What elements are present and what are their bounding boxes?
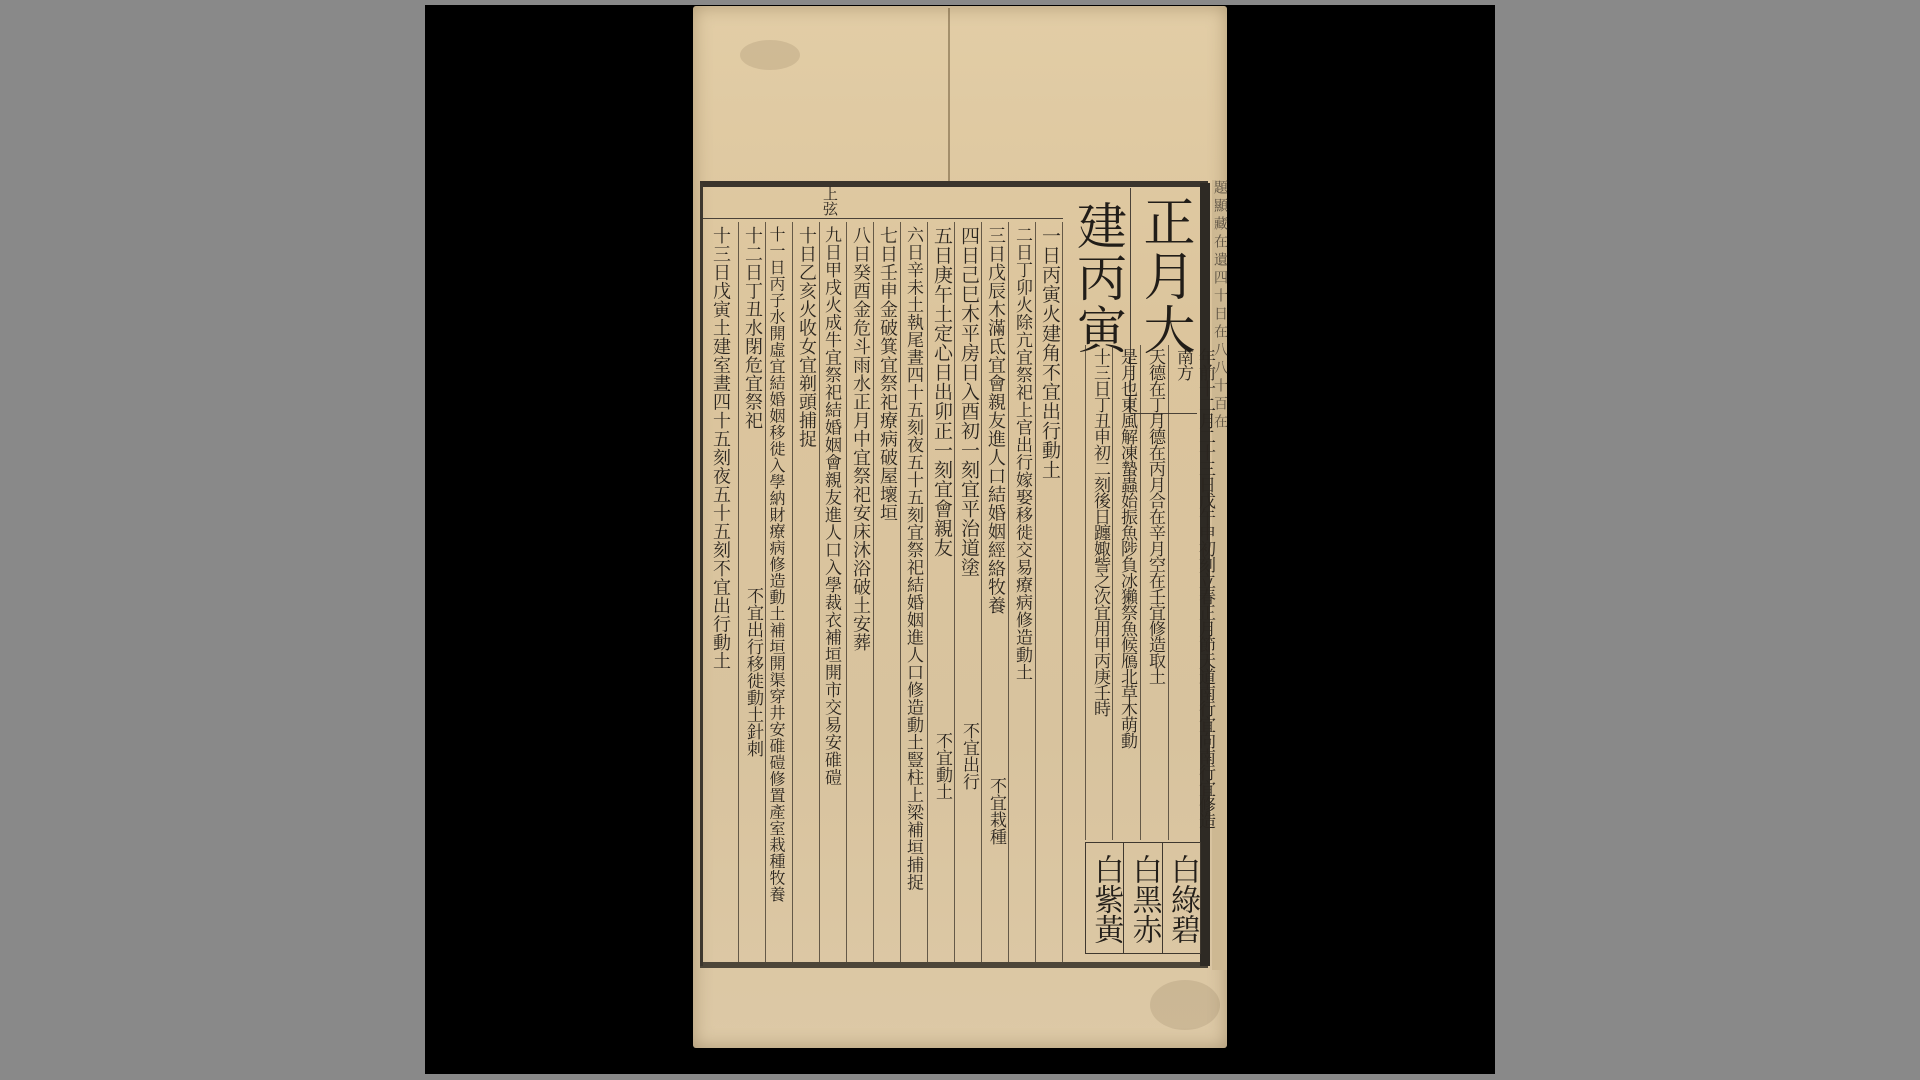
day-column-4: 四日己巳木平房日入酉初一刻宜平治道塗 不宜出行: [955, 222, 982, 962]
paper-stain: [1150, 980, 1220, 1030]
color-star-column: 白黑赤: [1123, 843, 1161, 953]
month-info-column: 是月也東風解凍蟄蟲始振魚陟負冰獺祭魚候鴈北草木萌動: [1112, 345, 1140, 840]
day-column-9: 九日甲戌火成牛宜祭祀結婚姻會親友進人口入學裁衣補垣開市交易安碓磑: [820, 222, 847, 962]
day-column-3: 三日戊辰木滿氐宜會親友進人口結婚姻經絡牧養 不宜栽種: [982, 222, 1009, 962]
month-info-text: 天德在丁月德在丙月合在辛月空在壬宜修造取土: [1144, 348, 1166, 684]
month-title: 正月大: [1135, 195, 1193, 357]
day-column-2: 二日丁卯火除亢宜祭祀上官出行嫁娶移徙交易療病修造動土: [1009, 222, 1036, 962]
day-avoid: 不宜栽種: [984, 777, 1008, 845]
moon-phase-label: 上弦: [822, 186, 838, 216]
header-divider: [703, 218, 1063, 219]
day-avoid: 不宜出行: [957, 722, 981, 790]
day-column-10: 十日乙亥火收女宜剃頭捕捉: [793, 222, 820, 962]
day-column-6: 六日辛未土執尾晝四十五刻夜五十五刻宜祭祀結婚姻進人口修造動土豎柱上梁補垣捕捉: [901, 222, 928, 962]
day-column-1: 一日丙寅火建角不宜出行動土: [1036, 222, 1063, 962]
day-entry: 九日甲戌火成牛宜祭祀結婚姻會親友進人口入學裁衣補垣開市交易安碓磑: [821, 226, 841, 786]
frame-left-border: [700, 183, 703, 966]
day-entry: 十二日丁丑水閉危宜祭祀: [740, 226, 764, 430]
month-info-column: 天德在丁月德在丙月合在辛月空在壬宜修造取土: [1140, 345, 1168, 840]
day-entry: 二日丁卯火除亢宜祭祀上官出行嫁娶移徙交易療病修造動土: [1010, 226, 1033, 681]
day-column-5: 五日庚午土定心日出卯正一刻宜會親友 不宜動土: [928, 222, 955, 962]
color-star-column: 白紫黃: [1086, 843, 1123, 953]
day-entry: 十日乙亥火收女宜剃頭捕捉: [794, 226, 818, 448]
color-star-column: 白綠碧: [1162, 843, 1200, 953]
frame-bottom-border: [700, 962, 1208, 968]
month-info-text: 十三日丁丑申初二刻後日躔娵訾之次宜用甲丙庚壬時: [1089, 348, 1111, 716]
day-entry: 五日庚午土定心日出卯正一刻宜會親友: [929, 226, 955, 558]
day-column-12: 十二日丁丑水閉危宜祭祀 不宜出行移徙動土針刺: [739, 222, 766, 962]
day-entry: 一日丙寅火建角不宜出行動土: [1037, 226, 1063, 480]
day-entry: 四日己巳木平房日入酉初一刻宜平治道塗: [956, 226, 982, 577]
month-info-text: 是月也東風解凍蟄蟲始振魚陟負冰獺祭魚候鴈北草木萌動: [1116, 348, 1138, 748]
month-info-text: 年前十二月二十三日戊午申初刻立春正月節天道南行宜向南行宜修造南方: [1172, 348, 1216, 840]
color-star-grid: 白綠碧 白黑赤 白紫黃: [1085, 842, 1201, 954]
day-entry: 十一日丙子水開虛宜結婚姻移徙入學納財療病修造動土補垣開渠穿井安碓磑修置產室栽種牧…: [767, 226, 785, 903]
month-info-column: 十三日丁丑申初二刻後日躔娵訾之次宜用甲丙庚壬時: [1085, 345, 1113, 840]
day-entry: 三日戊辰木滿氐宜會親友進人口結婚姻經絡牧養: [983, 226, 1007, 615]
month-stem-branch: 建丙寅: [1070, 200, 1126, 356]
day-column-11: 十一日丙子水開虛宜結婚姻移徙入學納財療病修造動土補垣開渠穿井安碓磑修置產室栽種牧…: [766, 222, 793, 962]
day-column-13: 十三日戊寅土建室晝四十五刻夜五十五刻不宜出行動土: [707, 222, 739, 962]
frame-top-border: [700, 181, 1208, 187]
paper-stain: [740, 40, 800, 70]
day-entry: 十三日戊寅土建室晝四十五刻夜五十五刻不宜出行動土: [708, 226, 732, 670]
page-fold-line: [948, 8, 950, 183]
day-avoid: 不宜動土: [930, 732, 954, 800]
day-avoid: 不宜出行移徙動土針刺: [741, 587, 765, 757]
day-entry: 七日壬申金破箕宜祭祀療病破屋壞垣: [875, 226, 900, 522]
day-column-7: 七日壬申金破箕宜祭祀療病破屋壞垣: [874, 222, 901, 962]
month-info-column: 年前十二月二十三日戊午申初刻立春正月節天道南行宜向南行宜修造南方: [1168, 345, 1196, 840]
day-column-8: 八日癸酉金危斗雨水正月中宜祭祀安床沐浴破土安葬: [847, 222, 874, 962]
day-entry: 八日癸酉金危斗雨水正月中宜祭祀安床沐浴破土安葬: [848, 226, 872, 652]
day-entry: 六日辛未土執尾晝四十五刻夜五十五刻宜祭祀結婚姻進人口修造動土豎柱上梁補垣捕捉: [902, 226, 923, 891]
